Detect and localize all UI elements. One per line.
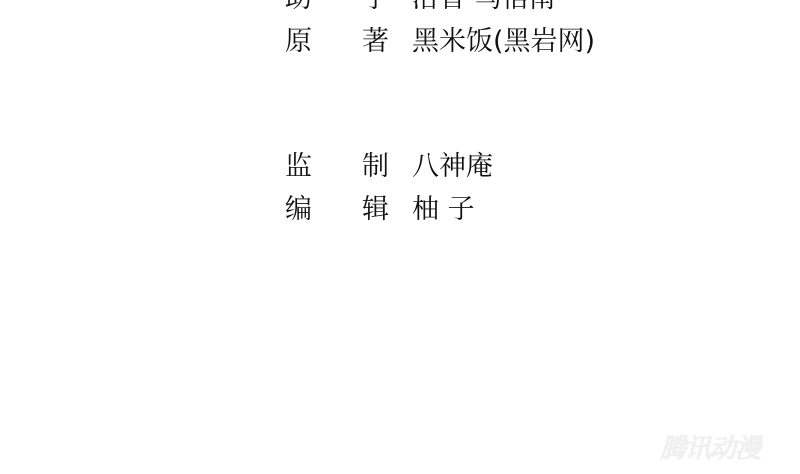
credit-label-char2: 制 [362,152,389,182]
credit-label-char1: 助 [285,0,312,14]
credit-value: 八神庵 [412,152,493,182]
credit-label-char1: 编 [285,195,312,225]
credit-value: 洛音 马悟南 [412,0,556,14]
credit-label-char2: 手 [362,0,389,14]
credit-value: 柚 子 [412,195,475,225]
credit-label-char2: 辑 [362,195,389,225]
credit-value: 黑米饭(黑岩网) [412,27,595,57]
credit-label-char2: 著 [362,27,389,57]
credit-label-char1: 原 [285,27,312,57]
watermark-logo: 腾讯动漫 [660,428,790,458]
credit-label-char1: 监 [285,152,312,182]
